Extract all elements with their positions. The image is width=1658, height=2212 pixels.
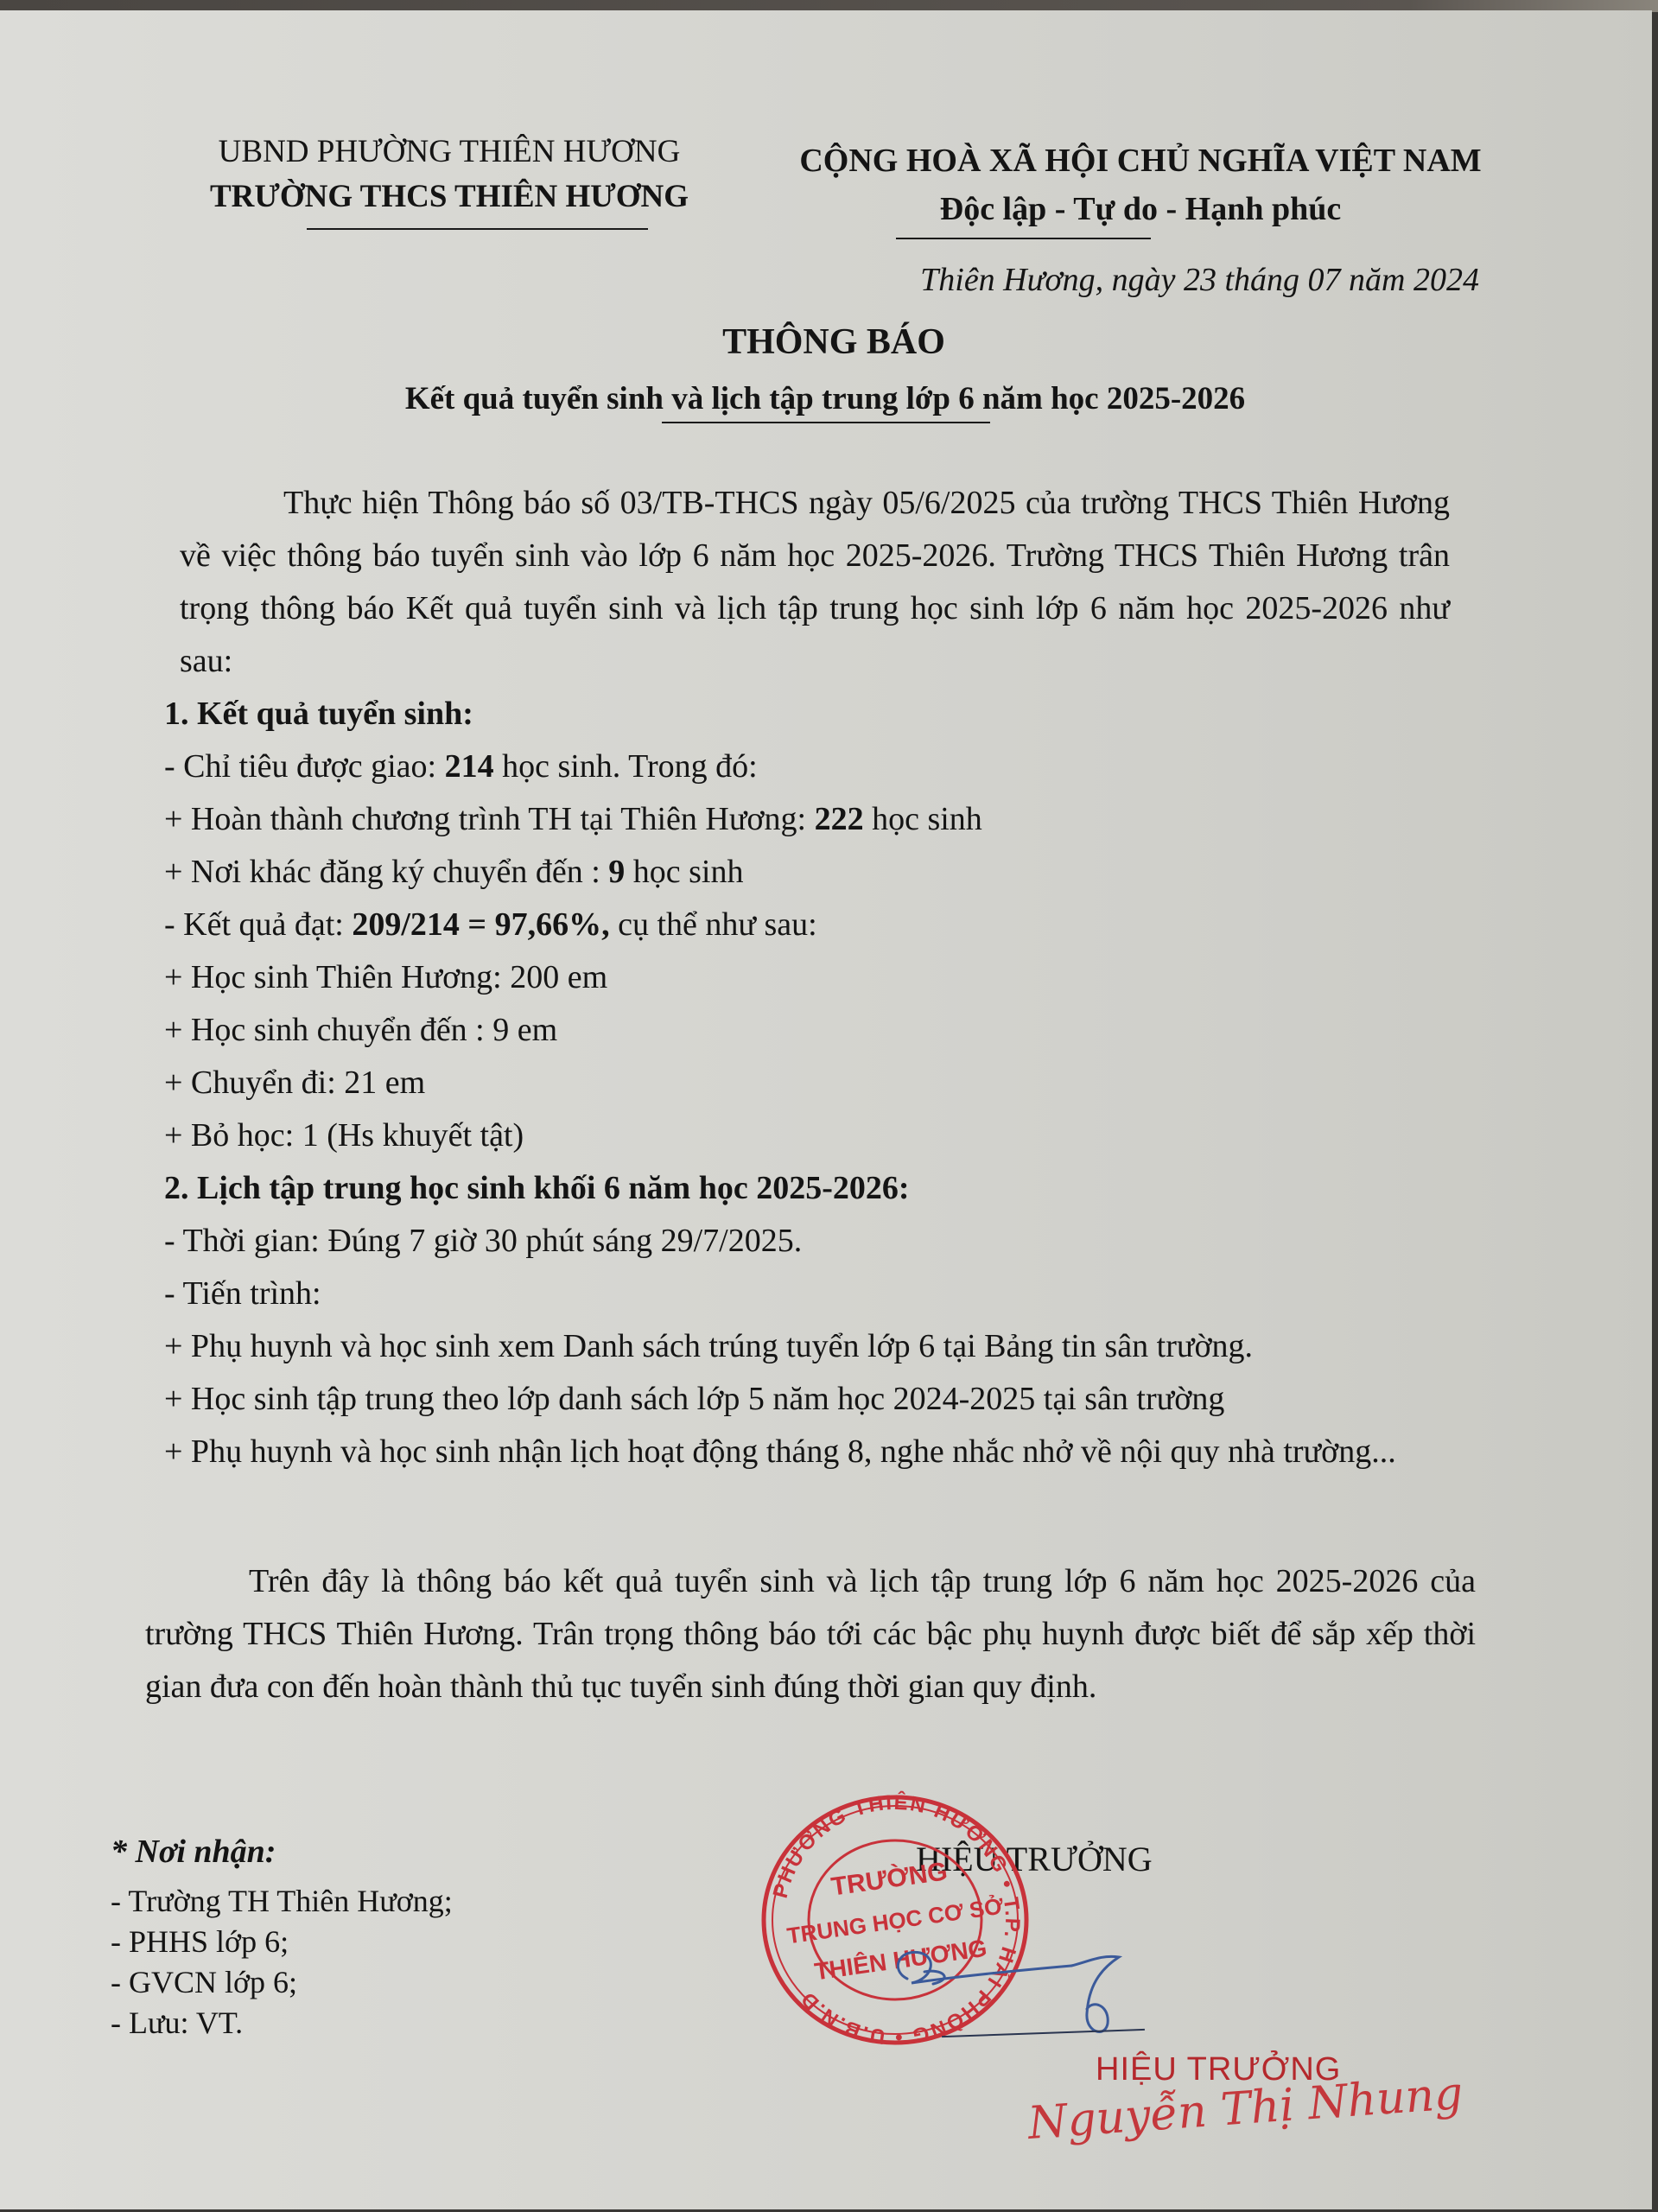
divider	[662, 422, 990, 423]
national-heading: CỘNG HOÀ XÃ HỘI CHỦ NGHĨA VIỆT NAM Độc l…	[778, 137, 1503, 233]
document-date: Thiên Hương, ngày 23 tháng 07 năm 2024	[864, 261, 1479, 299]
detail-line: + Bỏ học: 1 (Hs khuyết tật)	[164, 1109, 1477, 1162]
recipient-item: - Trường TH Thiên Hương;	[111, 1881, 453, 1922]
intro-paragraph: Thực hiện Thông báo số 03/TB-THCS ngày 0…	[180, 477, 1450, 688]
seal-line-1: TRƯỜNG	[829, 1856, 950, 1902]
divider	[307, 228, 648, 230]
country-name: CỘNG HOÀ XÃ HỘI CHỦ NGHĨA VIỆT NAM	[778, 137, 1503, 185]
detail-line: + Học sinh Thiên Hương: 200 em	[164, 951, 1477, 1004]
quota-line: - Chỉ tiêu được giao: 214 học sinh. Tron…	[164, 741, 1477, 793]
completed-line: + Hoàn thành chương trình TH tại Thiên H…	[164, 793, 1477, 846]
recipient-item: - Lưu: VT.	[111, 2003, 453, 2044]
school-name: TRƯỜNG THCS THIÊN HƯƠNG	[173, 175, 726, 219]
time-line: - Thời gian: Đúng 7 giờ 30 phút sáng 29/…	[164, 1215, 1477, 1268]
transfer-registered-line: + Nơi khác đăng ký chuyển đến : 9 học si…	[164, 846, 1477, 899]
recipients-heading: * Nơi nhận:	[111, 1832, 453, 1872]
detail-line: + Chuyển đi: 21 em	[164, 1057, 1477, 1109]
issuing-authority: UBND PHƯỜNG THIÊN HƯƠNG TRƯỜNG THCS THIÊ…	[173, 130, 726, 219]
process-step: + Phụ huynh và học sinh nhận lịch hoạt đ…	[164, 1426, 1477, 1478]
handwritten-signature-icon	[873, 1918, 1158, 2056]
section-heading: 2. Lịch tập trung học sinh khối 6 năm họ…	[164, 1162, 1477, 1215]
section-heading: 1. Kết quả tuyển sinh:	[164, 688, 1477, 741]
document-title: THÔNG BÁO	[346, 321, 1322, 363]
recipients-block: * Nơi nhận: - Trường TH Thiên Hương; - P…	[111, 1832, 453, 2044]
document-body: 1. Kết quả tuyển sinh: - Chỉ tiêu được g…	[164, 688, 1477, 1478]
recipient-item: - PHHS lớp 6;	[111, 1922, 453, 1962]
process-step: + Học sinh tập trung theo lớp danh sách …	[164, 1373, 1477, 1426]
national-motto: Độc lập - Tự do - Hạnh phúc	[778, 185, 1503, 233]
authority-line: UBND PHƯỜNG THIÊN HƯƠNG	[173, 130, 726, 175]
detail-line: + Học sinh chuyển đến : 9 em	[164, 1004, 1477, 1057]
process-step: + Phụ huynh và học sinh xem Danh sách tr…	[164, 1320, 1477, 1373]
document-subtitle: Kết quả tuyển sinh và lịch tập trung lớp…	[328, 380, 1322, 417]
result-line: - Kết quả đạt: 209/214 = 97,66%, cụ thể …	[164, 899, 1477, 951]
process-label: - Tiến trình:	[164, 1268, 1477, 1320]
divider	[896, 238, 1151, 239]
closing-paragraph: Trên đây là thông báo kết quả tuyển sinh…	[145, 1555, 1476, 1713]
recipient-item: - GVCN lớp 6;	[111, 1962, 453, 2003]
